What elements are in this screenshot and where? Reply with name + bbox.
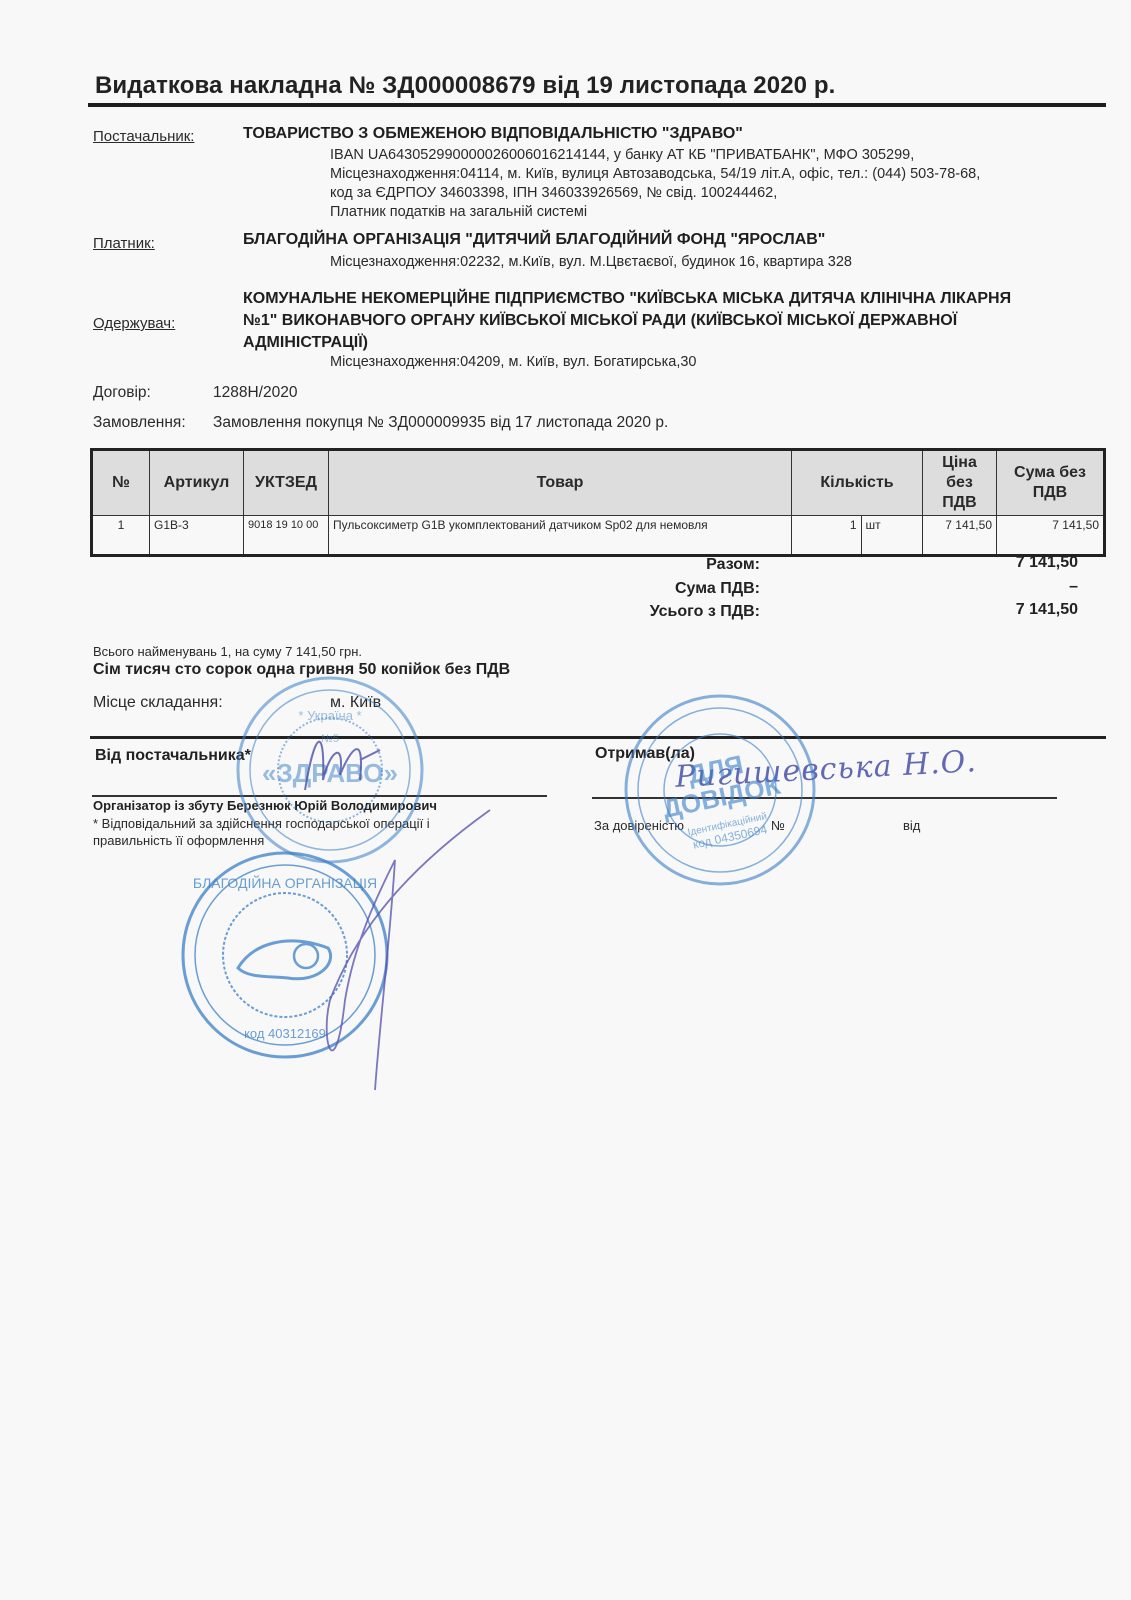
supplier-codes: код за ЄДРПОУ 34603398, ІПН 346033926569… [330,184,980,203]
cell-unit: шт [861,516,922,556]
cell-product: Пульсоксиметр G1B укомплектований датчик… [329,516,792,556]
supplier-signature-icon [295,720,385,800]
col-code: УКТЗЕД [244,450,329,516]
table-row: 1 G1B-3 9018 19 10 00 Пульсоксиметр G1B … [92,516,1105,556]
subtotal-value: 7 141,50 [878,554,1078,572]
cell-code: 9018 19 10 00 [244,516,329,556]
cell-article: G1B-3 [150,516,244,556]
payer-address: Місцезнаходження:02232, м.Київ, вул. М.Ц… [330,253,852,272]
cell-no: 1 [92,516,150,556]
cell-qty: 1 [792,516,862,556]
from-supplier-label: Від постачальника* [95,747,251,765]
order-label: Замовлення: [93,414,186,432]
recipient-name-line: №1" ВИКОНАВЧОГО ОРГАНУ КИЇВСЬКОЇ МІСЬКОЇ… [243,310,1011,332]
items-count-line: Всього найменувань 1, на суму 7 141,50 г… [93,643,362,660]
payer-name: БЛАГОДІЙНА ОРГАНІЗАЦІЯ "ДИТЯЧИЙ БЛАГОДІЙ… [243,231,825,249]
recipient-label: Одержувач: [93,315,175,332]
vat-label: Сума ПДВ: [560,580,760,598]
items-table: № Артикул УКТЗЕД Товар Кількість Ціна бе… [90,448,1106,557]
supplier-bank: IBAN UA643052990000026006016214144, у ба… [330,146,980,165]
recipient-name-line: КОМУНАЛЬНЕ НЕКОМЕРЦІЙНЕ ПІДПРИЄМСТВО "КИ… [243,288,1011,310]
payer-signature-icon [300,800,500,1100]
table-header-row: № Артикул УКТЗЕД Товар Кількість Ціна бе… [92,450,1105,516]
recipient-name-line: АДМІНІСТРАЦІЇ) [243,332,1011,354]
recipient-stamp-icon: ДЛЯ ДОВІДОК Ідентифікаційний код 0435069… [620,690,820,890]
subtotal-label: Разом: [560,556,760,574]
recipient-address: Місцезнаходження:04209, м. Київ, вул. Бо… [330,353,696,372]
vat-value: – [878,578,1078,596]
recipient-name: КОМУНАЛЬНЕ НЕКОМЕРЦІЙНЕ ПІДПРИЄМСТВО "КИ… [243,288,1011,354]
contract-value: 1288Н/2020 [213,384,297,402]
place-label: Місце складання: [93,694,223,712]
supplier-tax-status: Платник податків на загальній системі [330,203,980,222]
supplier-label: Постачальник: [93,128,194,145]
col-no: № [92,450,150,516]
supplier-details: IBAN UA643052990000026006016214144, у ба… [330,146,980,222]
col-article: Артикул [150,450,244,516]
supplier-address: Місцезнаходження:04114, м. Київ, вулиця … [330,165,980,184]
total-value: 7 141,50 [878,601,1078,619]
proxy-date-label: від [903,817,920,834]
cell-sum: 7 141,50 [997,516,1105,556]
order-value: Замовлення покупця № ЗД000009935 від 17 … [213,414,668,432]
contract-label: Договір: [93,384,151,402]
title-divider [88,103,1106,107]
total-label: Усього з ПДВ: [560,603,760,621]
supplier-name: ТОВАРИСТВО З ОБМЕЖЕНОЮ ВІДПОВІДАЛЬНІСТЮ … [243,125,743,143]
document-title: Видаткова накладна № ЗД000008679 від 19 … [95,72,835,100]
col-price: Ціна без ПДВ [923,450,997,516]
payer-label: Платник: [93,235,155,252]
col-quantity: Кількість [792,450,923,516]
col-product: Товар [329,450,792,516]
col-sum: Сума без ПДВ [997,450,1105,516]
cell-price: 7 141,50 [923,516,997,556]
